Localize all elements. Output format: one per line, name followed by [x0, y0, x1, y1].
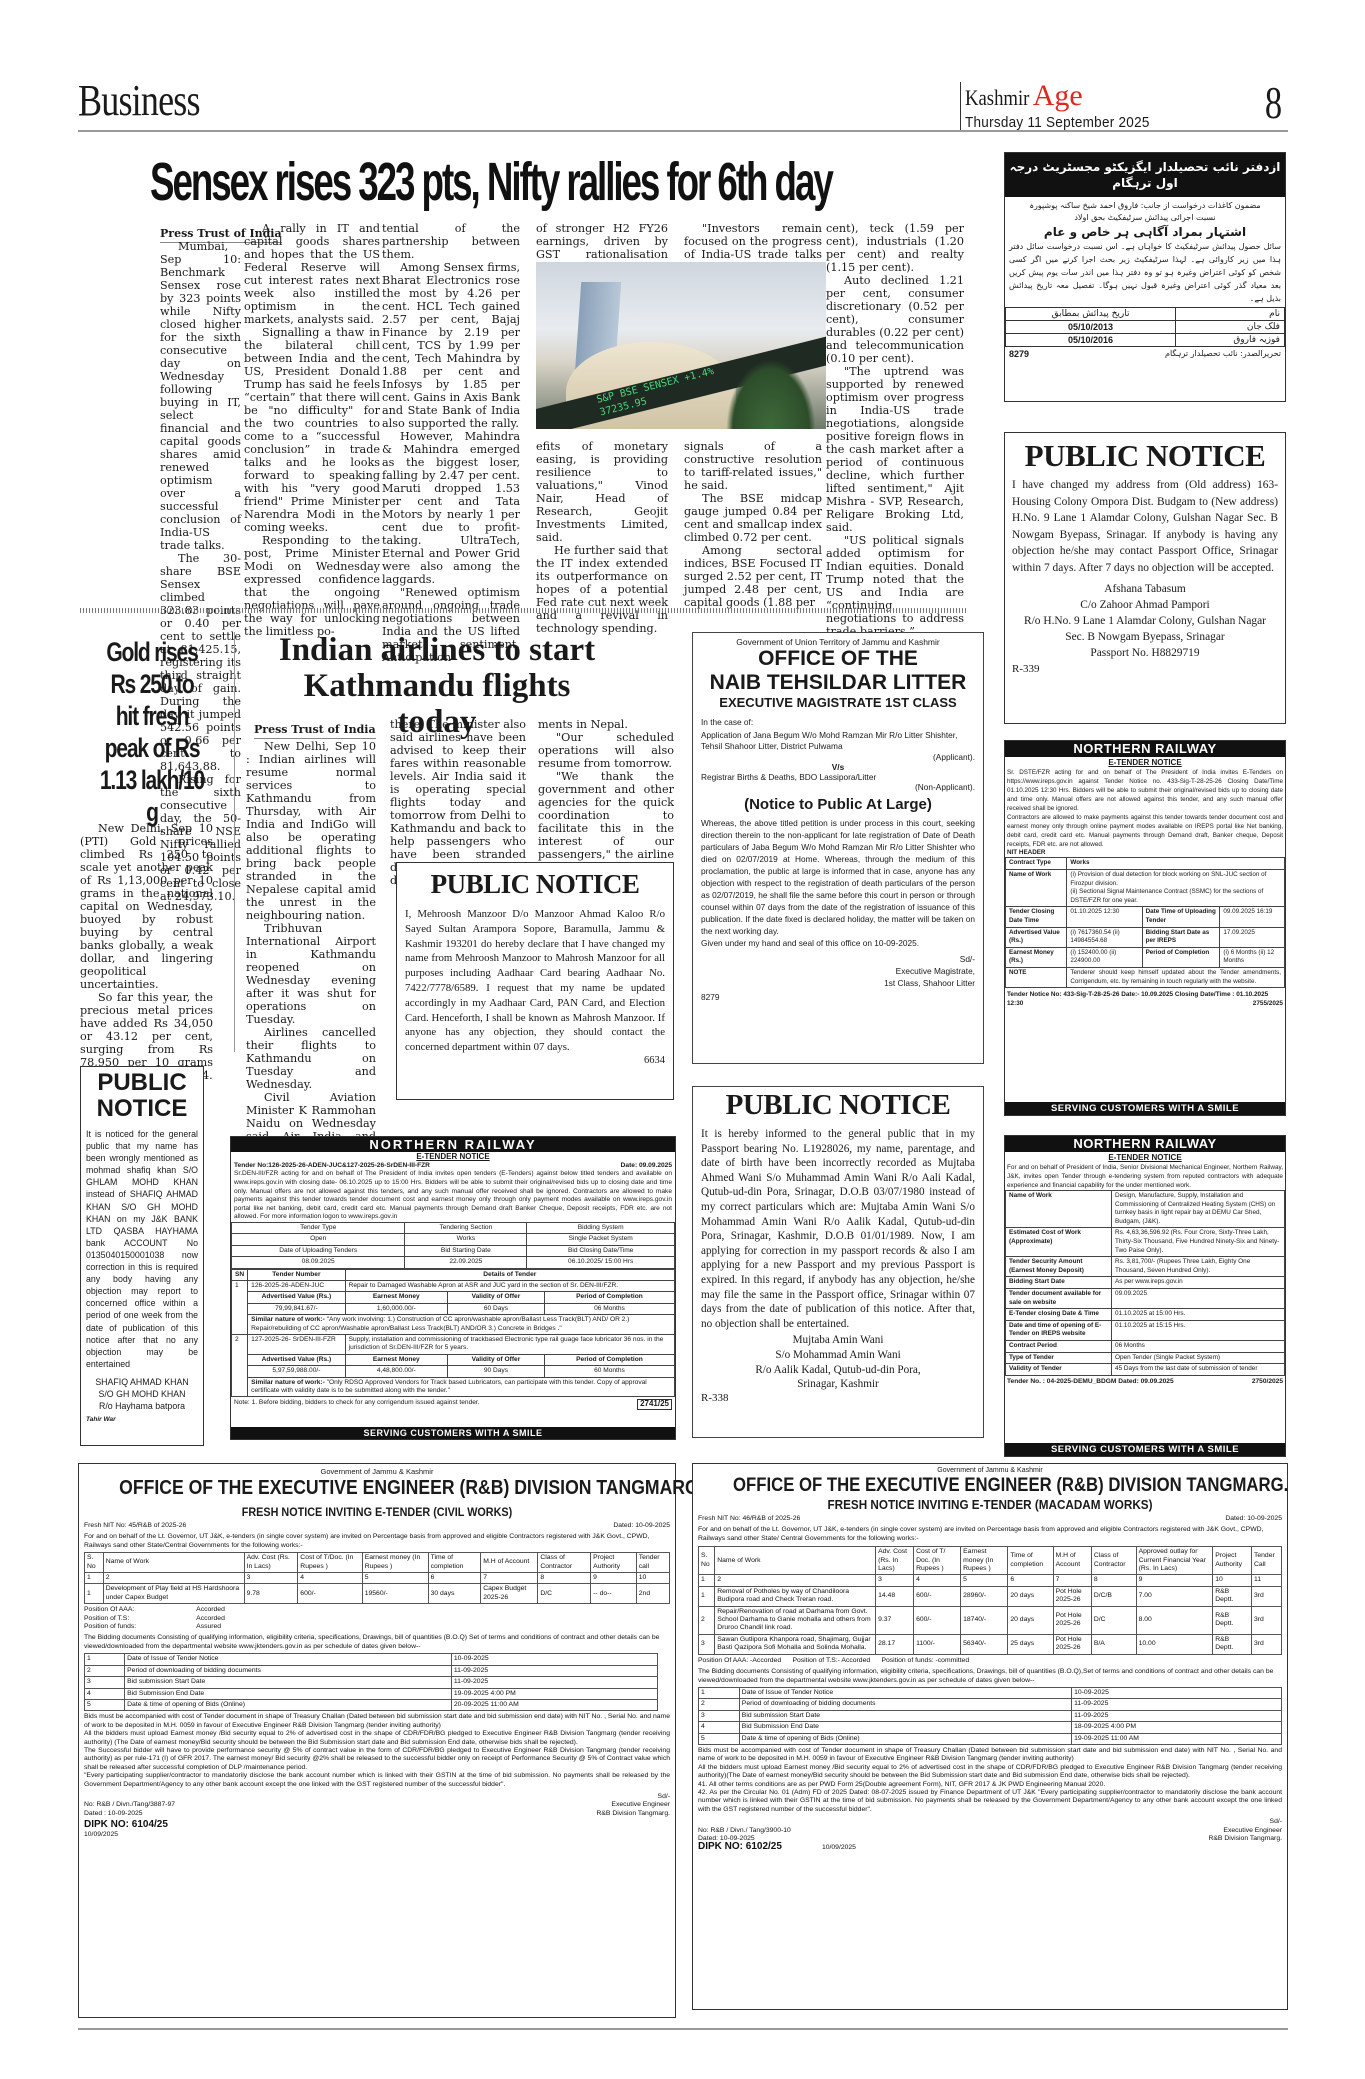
cell: 8: [538, 1573, 591, 1584]
public-notice-title: PUBLIC NOTICE: [86, 1070, 198, 1122]
gold-body: New Delhi, Sep 10 (PTI) Gold prices clim…: [80, 822, 213, 1082]
term: "Every participating supplier/contractor…: [84, 1772, 670, 1789]
term: All the bidders must upload Earnest mone…: [84, 1730, 670, 1747]
cell: 45 Days from the last date of submission…: [1112, 1364, 1285, 1376]
cell: Contract Period: [1006, 1340, 1112, 1352]
issue-date: Thursday 11 September 2025: [965, 114, 1150, 131]
cell: 4,48,800.00/-: [345, 1366, 447, 1377]
public-notice-body: I have changed my address from (Old addr…: [1012, 477, 1278, 576]
cell: 4: [85, 1688, 125, 1699]
rb-civil-schedule: 1Date of Issue of Tender Notice10-09-202…: [84, 1653, 658, 1711]
cell: 1: [85, 1654, 125, 1665]
public-notice-title: PUBLIC NOTICE: [701, 1089, 975, 1121]
table-row: 3Bid submission Start Date11-09-2025: [85, 1677, 658, 1688]
cell: 4: [298, 1573, 362, 1584]
cell: 17.09.2025: [1220, 927, 1285, 947]
cell: 2nd: [636, 1584, 669, 1604]
cell: Rs. 3,81,700/- (Rupees Three Lakh, Eight…: [1112, 1257, 1285, 1277]
cell: Period of Completion: [1142, 947, 1220, 967]
public-notice-signature: Mujtaba Amin Wani S/o Mohammad Amin Wani…: [701, 1333, 975, 1391]
public-notice-address: PUBLIC NOTICE I have changed my address …: [1004, 432, 1286, 724]
cell: 11-09-2025: [1072, 1710, 1282, 1721]
urdu-body: سائل حصول پیدائش سرٹیفکیٹ کا خواہاں ہے۔ …: [1005, 240, 1285, 305]
railway-intro: For and on behalf of President of India,…: [1005, 1163, 1285, 1190]
cell: Supply, installation and commissioning o…: [345, 1335, 674, 1355]
paragraph: "We thank the government and other agenc…: [538, 770, 674, 874]
signature-line: S/O GH MOHD KHAN: [86, 1388, 198, 1400]
cell: Tender Closing Date Time: [1006, 907, 1067, 927]
rb-footer: No: R&B / Divn./ Tang/3900-10 Dated: 10-…: [698, 1827, 1282, 1853]
applicant-label: (Applicant).: [701, 752, 975, 762]
paragraph: Tribhuvan International Airport in Kathm…: [246, 922, 376, 1026]
cell: Tenderer should keep himself updated abo…: [1067, 967, 1285, 987]
rb-tender-civil: Government of Jammu & Kashmir OFFICE OF …: [78, 1463, 676, 2018]
cell: 126-2025-26-ADEN-JUC: [248, 1281, 345, 1292]
cell: 19-09-2025 11:00 AM: [1072, 1733, 1282, 1744]
cell: Period of Completion: [544, 1354, 674, 1365]
nit-line: Fresh NIT No: 45/R&B of 2025-26Dated: 10…: [84, 1522, 670, 1530]
cell: Design, Manufacture, Supply, Installatio…: [1112, 1191, 1285, 1228]
cell: 11-09-2025: [451, 1665, 657, 1676]
paragraph: "Our scheduled operations will also resu…: [538, 731, 674, 770]
paragraph: Responding to the post, Prime Minister M…: [244, 534, 380, 638]
cell: Tender Number: [248, 1269, 345, 1280]
dipk-date: 10/09/2025: [822, 1844, 856, 1851]
cell: Class of Contractor: [538, 1553, 591, 1573]
nit-line: Fresh NIT No: 46/R&B of 2025-26Dated: 10…: [698, 1515, 1282, 1523]
table-row: Tender Security Amount (Earnest Money De…: [1006, 1257, 1285, 1277]
table-row: Name of WorkDesign, Manufacture, Supply,…: [1006, 1191, 1285, 1228]
urdu-row-name: فوزیہ فاروق: [1176, 334, 1285, 347]
cell: Bid Closing Date/Time: [527, 1245, 675, 1256]
railway-tender-demu: NORTHERN RAILWAY E-TENDER NOTICE For and…: [1004, 1135, 1286, 1457]
signature-line: 1st Class, Shahoor Litter: [701, 977, 975, 989]
cell: 06 Months: [544, 1303, 674, 1314]
paragraph: He further said that the IT index extend…: [536, 544, 668, 635]
cell: Single Packet System: [527, 1234, 675, 1245]
notice-heading: (Notice to Public At Large): [701, 796, 975, 813]
cell: 10-09-2025: [1072, 1687, 1282, 1698]
table-row: 2Repair/Renovation of road at Darhama fr…: [699, 1606, 1282, 1634]
lead-col-3: tential of the partnership between them.…: [382, 222, 520, 664]
office-title-2: NAIB TEHSILDAR LITTER: [701, 671, 975, 695]
cell: Position of funds:: [84, 1623, 196, 1631]
paragraph: The BSE midcap gauge jumped 0.84 per cen…: [684, 492, 822, 544]
cell: Works: [1067, 858, 1285, 870]
cell: 3: [85, 1677, 125, 1688]
cell: 9.78: [244, 1584, 298, 1604]
cell: 600/-: [914, 1606, 961, 1634]
rb-bidding-docs: The Bidding documents Consisting of qual…: [84, 1634, 670, 1651]
memo-number: No: R&B / Divn./ Tang/3900-10: [698, 1827, 856, 1835]
cell: Type of Tender: [1006, 1352, 1112, 1364]
cell: Time of completion: [1008, 1547, 1053, 1575]
urdu-th-dob: تاریخ پیدائش بمطابق: [1006, 308, 1176, 321]
public-notice-bank: PUBLIC NOTICE It is noticed for the gene…: [80, 1066, 204, 1446]
table-row: 3Bid submission Start Date11-09-2025: [699, 1710, 1282, 1721]
cell: E-Tender closing Date & Time: [1006, 1309, 1112, 1321]
cell: Project Authority: [591, 1553, 637, 1573]
cell: Tender document available for sale on we…: [1006, 1288, 1112, 1308]
cell: M.H of Account: [481, 1553, 538, 1573]
cell: 1: [699, 1575, 715, 1586]
lead-col-6: cent), teck (1.59 per cent), industrials…: [826, 222, 964, 638]
cell: 09.09.2025 16:19: [1220, 907, 1285, 927]
dipk-number: DIPK NO: 6104/25: [84, 1818, 175, 1831]
airlines-byline: Press Trust of India: [254, 718, 376, 739]
rb-civil-positions: Position Of AAA:AccordedPosition of T.S:…: [84, 1606, 225, 1631]
table-row: Contract Period06 Months: [1006, 1340, 1285, 1352]
cell: Bid submission Start Date: [125, 1677, 452, 1688]
paragraph: tential of the partnership between them.: [382, 222, 520, 261]
public-notice-name-change: PUBLIC NOTICE I, Mehroosh Manzoor D/o Ma…: [396, 862, 674, 1100]
public-notice-passport: PUBLIC NOTICE It is hereby informed to t…: [692, 1086, 984, 1438]
cell: 600/-: [914, 1586, 961, 1606]
cell: Date of Issue of Tender Notice: [739, 1687, 1071, 1698]
paragraph: Auto declined 1.21 per cent, consumer di…: [826, 274, 964, 365]
masthead-rule: [78, 130, 1288, 132]
signature-line: R/o H.No. 9 Lane 1 Alamdar Colony, Gulsh…: [1012, 613, 1278, 629]
masthead-brand: KashmirAge Thursday 11 September 2025: [960, 82, 1170, 131]
railway-nit-table: Contract TypeWorks Name of Work(i) Provi…: [1005, 857, 1285, 988]
signature-line: Afshana Tabasum: [1012, 581, 1278, 597]
term: Bids must be accompanied with cost of Te…: [698, 1747, 1282, 1764]
cell: D/C: [538, 1584, 591, 1604]
railway-ref: 2741/25: [637, 1399, 672, 1409]
cell: 5: [85, 1699, 125, 1710]
cell: Similar nature of work:- "Only RDSO Appr…: [248, 1377, 675, 1397]
cell: 2: [103, 1573, 244, 1584]
table-row: 5Date & time of opening of Bids (Online)…: [85, 1699, 658, 1710]
cell: 79,99,841.67/-: [248, 1303, 345, 1314]
railway-intro: Sr. DSTE/FZR acting for and on behalf of…: [1005, 768, 1285, 813]
cell: Position of T.S:: [84, 1615, 196, 1623]
cell: Similar nature of work:- "Any work invol…: [248, 1315, 675, 1335]
public-notice-ref: R-338: [701, 1392, 975, 1404]
signature-line: S/o Mohammad Amin Wani: [701, 1348, 975, 1363]
cell: 10: [1213, 1575, 1252, 1586]
cell: 2: [699, 1606, 715, 1634]
cell: 06.10.2025/ 15:00 Hrs: [527, 1257, 675, 1268]
cell: 6: [1008, 1575, 1053, 1586]
urdu-signatory: تحریرالصدر: نائب تحصیلدار ترہگام: [1165, 349, 1281, 359]
cell: Earnest money (In Rupees ): [961, 1547, 1008, 1575]
table-row: Bidding Start DateAs per www.ireps.gov.i…: [1006, 1277, 1285, 1289]
cell: Repair/Renovation of road at Darhama fro…: [715, 1606, 876, 1634]
cell: Advertised Value (Rs.): [248, 1292, 345, 1303]
cell: R&B Deptt.: [1213, 1634, 1252, 1654]
cell: Validity of Tender: [1006, 1364, 1112, 1376]
public-notice-ref: R-339: [1012, 663, 1278, 675]
cell: 2: [699, 1699, 740, 1710]
cell: 10: [636, 1573, 669, 1584]
cell: Repair to Damaged Washable Apron at ASR …: [345, 1281, 674, 1292]
cell: As per www.ireps.gov.in: [1112, 1277, 1285, 1289]
cell: Bidding Start Date as per IREPS: [1142, 927, 1220, 947]
airlines-col-3: ments in Nepal."Our scheduled operations…: [538, 718, 674, 874]
cell: Date & time of opening of Bids (Online): [739, 1733, 1071, 1744]
cell: D/C/B: [1091, 1586, 1136, 1606]
public-notice-body: I, Mehroosh Manzoor D/o Manzoor Ahmad Ka…: [405, 907, 665, 1055]
cell: 1: [232, 1281, 248, 1335]
cell: Time of completion: [428, 1553, 481, 1573]
table-row: 1Removal of Potholes by way of Chandiloo…: [699, 1586, 1282, 1606]
term: Bids must be accompanied with cost of Te…: [84, 1713, 670, 1730]
cell: 1100/-: [914, 1634, 961, 1654]
paragraph: Among Sensex firms, Bharat Electronics r…: [382, 261, 520, 430]
cell: Validity of Offer: [447, 1292, 544, 1303]
cell: SN: [232, 1269, 248, 1280]
cell: 7.00: [1136, 1586, 1213, 1606]
cell: 08.09.2025: [232, 1257, 405, 1268]
table-row: 4Bid Submission End Date19-09-2025 4:00 …: [85, 1688, 658, 1699]
office-title-1: OFFICE OF THE: [701, 647, 975, 671]
urdu-notice-title: ازدفتر نائب تحصیلدار ایگزیکٹو مجسٹریٹ در…: [1005, 153, 1285, 197]
cell: 3: [244, 1573, 298, 1584]
rb-title: OFFICE OF THE EXECUTIVE ENGINEER (R&B) D…: [733, 1475, 1247, 1497]
cell: Date & time of opening of Bids (Online): [125, 1699, 452, 1710]
cell: Earnest money (In Rupees ): [362, 1553, 428, 1573]
paragraph: efits of monetary easing, is providing r…: [536, 440, 668, 544]
rb-sign-block: Sd/-: [84, 1793, 670, 1801]
cell: 09.09.2025: [1112, 1288, 1285, 1308]
notice-ref: 8279: [701, 992, 975, 1002]
railway-subheader: E-TENDER NOTICE: [1005, 1152, 1285, 1163]
table-row: Date and time of opening of E-Tender on …: [1006, 1320, 1285, 1340]
cell: 20 days: [1008, 1586, 1053, 1606]
cell: Adv. Cost (Rs. In Lacs): [244, 1553, 298, 1573]
signature-line: Sec. B Nowgam Byepass, Srinagar: [1012, 629, 1278, 645]
term: 42. As per the Circular No. 01 (Adm) FD …: [698, 1789, 1282, 1814]
cell: Validity of Offer: [447, 1354, 544, 1365]
section-title: Business: [78, 78, 200, 124]
cell: Contract Type: [1006, 858, 1067, 870]
cell: Development of Play field at HS Hardshoo…: [103, 1584, 244, 1604]
rb-footer: No: R&B / Divn./Tang/3887-97 Dated : 10-…: [84, 1801, 670, 1839]
tender-number-line: Tender No:126-2025-26-ADEN-JUC&127-2025-…: [231, 1162, 675, 1170]
cell: Tender Security Amount (Earnest Money De…: [1006, 1257, 1112, 1277]
cell: Bidding System: [527, 1222, 675, 1233]
cell: 2: [232, 1335, 248, 1397]
cell: Advertised Value (Rs.): [1006, 927, 1067, 947]
cell: 8: [1091, 1575, 1136, 1586]
signature-line: Executive Magistrate,: [701, 965, 975, 977]
cell: 06 Months: [1112, 1340, 1285, 1352]
railway-ref: 2755/2025: [1253, 999, 1283, 1008]
cell: 90 Days: [447, 1366, 544, 1377]
cell: Earnest Money (Rs.): [1006, 947, 1067, 967]
lead-bottom-rule: [80, 608, 966, 613]
rb-subtitle: FRESH NOTICE INVITING E-TENDER (MACADAM …: [727, 1497, 1253, 1513]
public-notice-ref: 6634: [405, 1055, 665, 1066]
signature-line: R/o Hayhama batpora: [86, 1400, 198, 1412]
railway-subheader: E-TENDER NOTICE: [231, 1152, 675, 1162]
public-notice-body: It is hereby informed to the general pub…: [701, 1127, 975, 1331]
signature-line: SHAFIQ AHMAD KHAN: [86, 1376, 198, 1388]
page-bottom-rule: [78, 2028, 1288, 2030]
gov-line: Government of Jammu & Kashmir: [698, 1467, 1282, 1475]
paragraph: However, Mahindra & Mahindra emerged as …: [382, 430, 520, 586]
cell: 11-09-2025: [1072, 1699, 1282, 1710]
table-row: Tender document available for sale on we…: [1006, 1288, 1285, 1308]
cell: 2: [715, 1575, 876, 1586]
cell: 11: [1251, 1575, 1281, 1586]
paper-name-age: Age: [1033, 79, 1083, 112]
cell: Period of Completion: [544, 1292, 674, 1303]
table-row: 2127-2025-26- SrDEN-III-FZRSupply, insta…: [232, 1335, 675, 1355]
cell: Details of Tender: [345, 1269, 674, 1280]
public-notice-signature: Afshana Tabasum C/o Zahoor Ahmad Pampori…: [1012, 581, 1278, 661]
cell: 1,60,000.00/-: [345, 1303, 447, 1314]
cell: 7: [1053, 1575, 1091, 1586]
signature-line: Executive Engineer: [1208, 1827, 1282, 1835]
gold-divider: [234, 632, 235, 1052]
rb-macadam-works-table: S. NoName of WorkAdv. Cost (Rs. In Lacs)…: [698, 1546, 1282, 1654]
gov-line: Government of Jammu & Kashmir: [84, 1467, 670, 1476]
cell: Bid Submission End Date: [125, 1688, 452, 1699]
public-notice-signature: SHAFIQ AHMAD KHAN S/O GH MOHD KHAN R/o H…: [86, 1376, 198, 1412]
cell: 1: [699, 1687, 740, 1698]
office-title-3: EXECUTIVE MAGISTRATE 1ST CLASS: [701, 695, 975, 711]
applicant-text: Application of Jana Begum W/o Mohd Ramza…: [701, 730, 975, 752]
rb-intro: For and on behalf of the Lt. Governor, U…: [84, 1533, 670, 1550]
cell: Bid submission Start Date: [739, 1710, 1071, 1721]
cell: Adv. Cost (Rs. In Lacs): [876, 1547, 914, 1575]
table-row: 2Period of downloading of bidding docume…: [85, 1665, 658, 1676]
lead-col-5b: signals of a constructive resolution to …: [684, 440, 822, 609]
rb-macadam-schedule: 1Date of Issue of Tender Notice10-09-202…: [698, 1687, 1282, 1745]
cell: 127-2025-26- SrDEN-III-FZR: [248, 1335, 345, 1355]
cell: 5: [362, 1573, 428, 1584]
cell: Project Authority: [1213, 1547, 1252, 1575]
rb-tender-macadam: Government of Jammu & Kashmir OFFICE OF …: [692, 1463, 1288, 2010]
railway-demu-table: Name of WorkDesign, Manufacture, Supply,…: [1005, 1190, 1285, 1376]
rb-macadam-terms: Bids must be accompanied with cost of Te…: [698, 1747, 1282, 1814]
cell: 18-09-2025 4:00 PM: [1072, 1722, 1282, 1733]
cell: Accorded: [196, 1615, 225, 1623]
nit-header-label: NIT HEADER: [1005, 849, 1285, 857]
cell: -- do--: [591, 1584, 637, 1604]
cell: 22.09.2025: [405, 1257, 527, 1268]
cell: Bid Submission End Date: [739, 1722, 1071, 1733]
cell: Class of Contractor: [1091, 1547, 1136, 1575]
cell: Tender Type: [232, 1222, 405, 1233]
urdu-dob-table: نامتاریخ پیدائش بمطابق فلک جان05/10/2013…: [1005, 307, 1285, 347]
cell: 60 Days: [447, 1303, 544, 1314]
cell: Rs. 4,63,36,596.92 (Rs. Four Crore, Sixt…: [1112, 1228, 1285, 1257]
cell: 9: [1136, 1575, 1213, 1586]
signature-line: Sd/-: [698, 1818, 1282, 1826]
cell: S. No: [85, 1553, 104, 1573]
railway-summary-table: Tender TypeTendering SectionBidding Syst…: [231, 1222, 675, 1269]
cell: 60 Months: [544, 1366, 674, 1377]
cell: 5,97,59,988.00/-: [248, 1366, 345, 1377]
cell: 14.48: [876, 1586, 914, 1606]
cell: 3rd: [1251, 1634, 1281, 1654]
cell: Cost of T/Doc. (In Rupees ): [298, 1553, 362, 1573]
paragraph: ments in Nepal.: [538, 718, 674, 731]
railway-ref: 2750/2025: [1252, 1378, 1283, 1386]
cell: Name of Work: [715, 1547, 876, 1575]
rb-bidding-docs: The Bidding documents Consisting of qual…: [698, 1668, 1282, 1685]
cell: Name of Work: [1006, 1191, 1112, 1228]
cell: 9.37: [876, 1606, 914, 1634]
railway-note: Note: 1. Before bidding, bidders to chec…: [231, 1397, 675, 1409]
rb-civil-terms: Bids must be accompanied with cost of Te…: [84, 1713, 670, 1789]
cell: Position Of AAA:: [84, 1606, 196, 1614]
table-row: 4Bid Submission End Date18-09-2025 4:00 …: [699, 1722, 1282, 1733]
term: 41. All other terms conditions are as pe…: [698, 1781, 1282, 1789]
table-row: Validity of Tender45 Days from the last …: [1006, 1364, 1285, 1376]
page-number: 8: [1265, 78, 1282, 128]
term: All the bidders must upload Earnest mone…: [698, 1764, 1282, 1781]
railway-payment: Contractors are allowed to make payments…: [1005, 813, 1285, 849]
cell: D/C: [1091, 1606, 1136, 1634]
public-notice-title: PUBLIC NOTICE: [405, 869, 665, 899]
cell: Tender call: [636, 1553, 669, 1573]
cell: 4: [699, 1722, 740, 1733]
signature: Sd/- Executive Magistrate, 1st Class, Sh…: [701, 953, 975, 989]
signature-line: Passport No. H8829719: [1012, 645, 1278, 661]
cell: Name of Work: [103, 1553, 244, 1573]
table-row: 2Period of downloading of bidding docume…: [699, 1699, 1282, 1710]
memo-number: No: R&B / Divn./Tang/3887-97: [84, 1801, 175, 1809]
railway-footer: Tender Notice No: 433-Sig-T-28-25-26 Dat…: [1005, 988, 1285, 1010]
urdu-notice: ازدفتر نائب تحصیلدار ایگزیکٹو مجسٹریٹ در…: [1004, 152, 1286, 402]
table-row: Estimated Cost of Work (Approximate)Rs. …: [1006, 1228, 1285, 1257]
paragraph: Airlines cancelled their flights to Kath…: [246, 1026, 376, 1091]
cell: 28.17: [876, 1634, 914, 1654]
cell: R&B Deptt.: [1213, 1586, 1252, 1606]
cell: Works: [405, 1234, 527, 1245]
signature-line: R&B Division Tangmarg.: [596, 1810, 670, 1818]
cell: 3: [699, 1634, 715, 1654]
urdu-ref: 8279: [1009, 349, 1029, 359]
railway-slogan: SERVING CUSTOMERS WITH A SMILE: [1005, 1102, 1285, 1115]
cell: Earnest Money: [345, 1292, 447, 1303]
cell: 1: [85, 1584, 104, 1604]
table-row: Type of TenderOpen Tender (Single Packet…: [1006, 1352, 1285, 1364]
cell: (ii) Sectional Signal Maintenance Contra…: [1070, 888, 1281, 905]
paragraph: A rally in IT and capital goods shares a…: [244, 222, 380, 326]
cell: Period of downloading of bidding documen…: [125, 1665, 452, 1676]
cell: 20 days: [1008, 1606, 1053, 1634]
notice-body: Whereas, the above titled petition is un…: [701, 817, 975, 937]
cell: Advertised Value (Rs.): [248, 1354, 345, 1365]
railway-subheader: E-TENDER NOTICE: [1005, 757, 1285, 768]
cell: Pot Hole 2025-26: [1053, 1634, 1091, 1654]
signature-line: R&B Division Tangmarg.: [1208, 1835, 1282, 1843]
cell: Sawan Gutlipora Khanpora road, Shajimarg…: [715, 1634, 876, 1654]
rb-intro: For and on behalf of the Lt. Governor, U…: [698, 1526, 1282, 1543]
rb-civil-works-table: S. NoName of WorkAdv. Cost (Rs. In Lacs)…: [84, 1552, 670, 1604]
dipk-date: 10/09/2025: [84, 1831, 175, 1839]
public-notice-ref: Tahir War: [86, 1416, 198, 1423]
cell: 5: [699, 1733, 740, 1744]
cell: Open: [232, 1234, 405, 1245]
cell: 4: [914, 1575, 961, 1586]
cell: 10.00: [1136, 1634, 1213, 1654]
cell: (i) 7617360.54 (ii) 14984554.68: [1067, 927, 1142, 947]
rb-title: OFFICE OF THE EXECUTIVE ENGINEER (R&B) D…: [119, 1476, 635, 1500]
table-row: 1Date of Issue of Tender Notice10-09-202…: [85, 1654, 658, 1665]
cell: 19560/-: [362, 1584, 428, 1604]
cell: Assured: [196, 1623, 225, 1631]
tender-date: Date: 09.09.2025: [621, 1162, 672, 1170]
cell: Estimated Cost of Work (Approximate): [1006, 1228, 1112, 1257]
cell: 25 days: [1008, 1634, 1053, 1654]
nit-dated: Dated: 10-09-2025: [1225, 1515, 1282, 1523]
